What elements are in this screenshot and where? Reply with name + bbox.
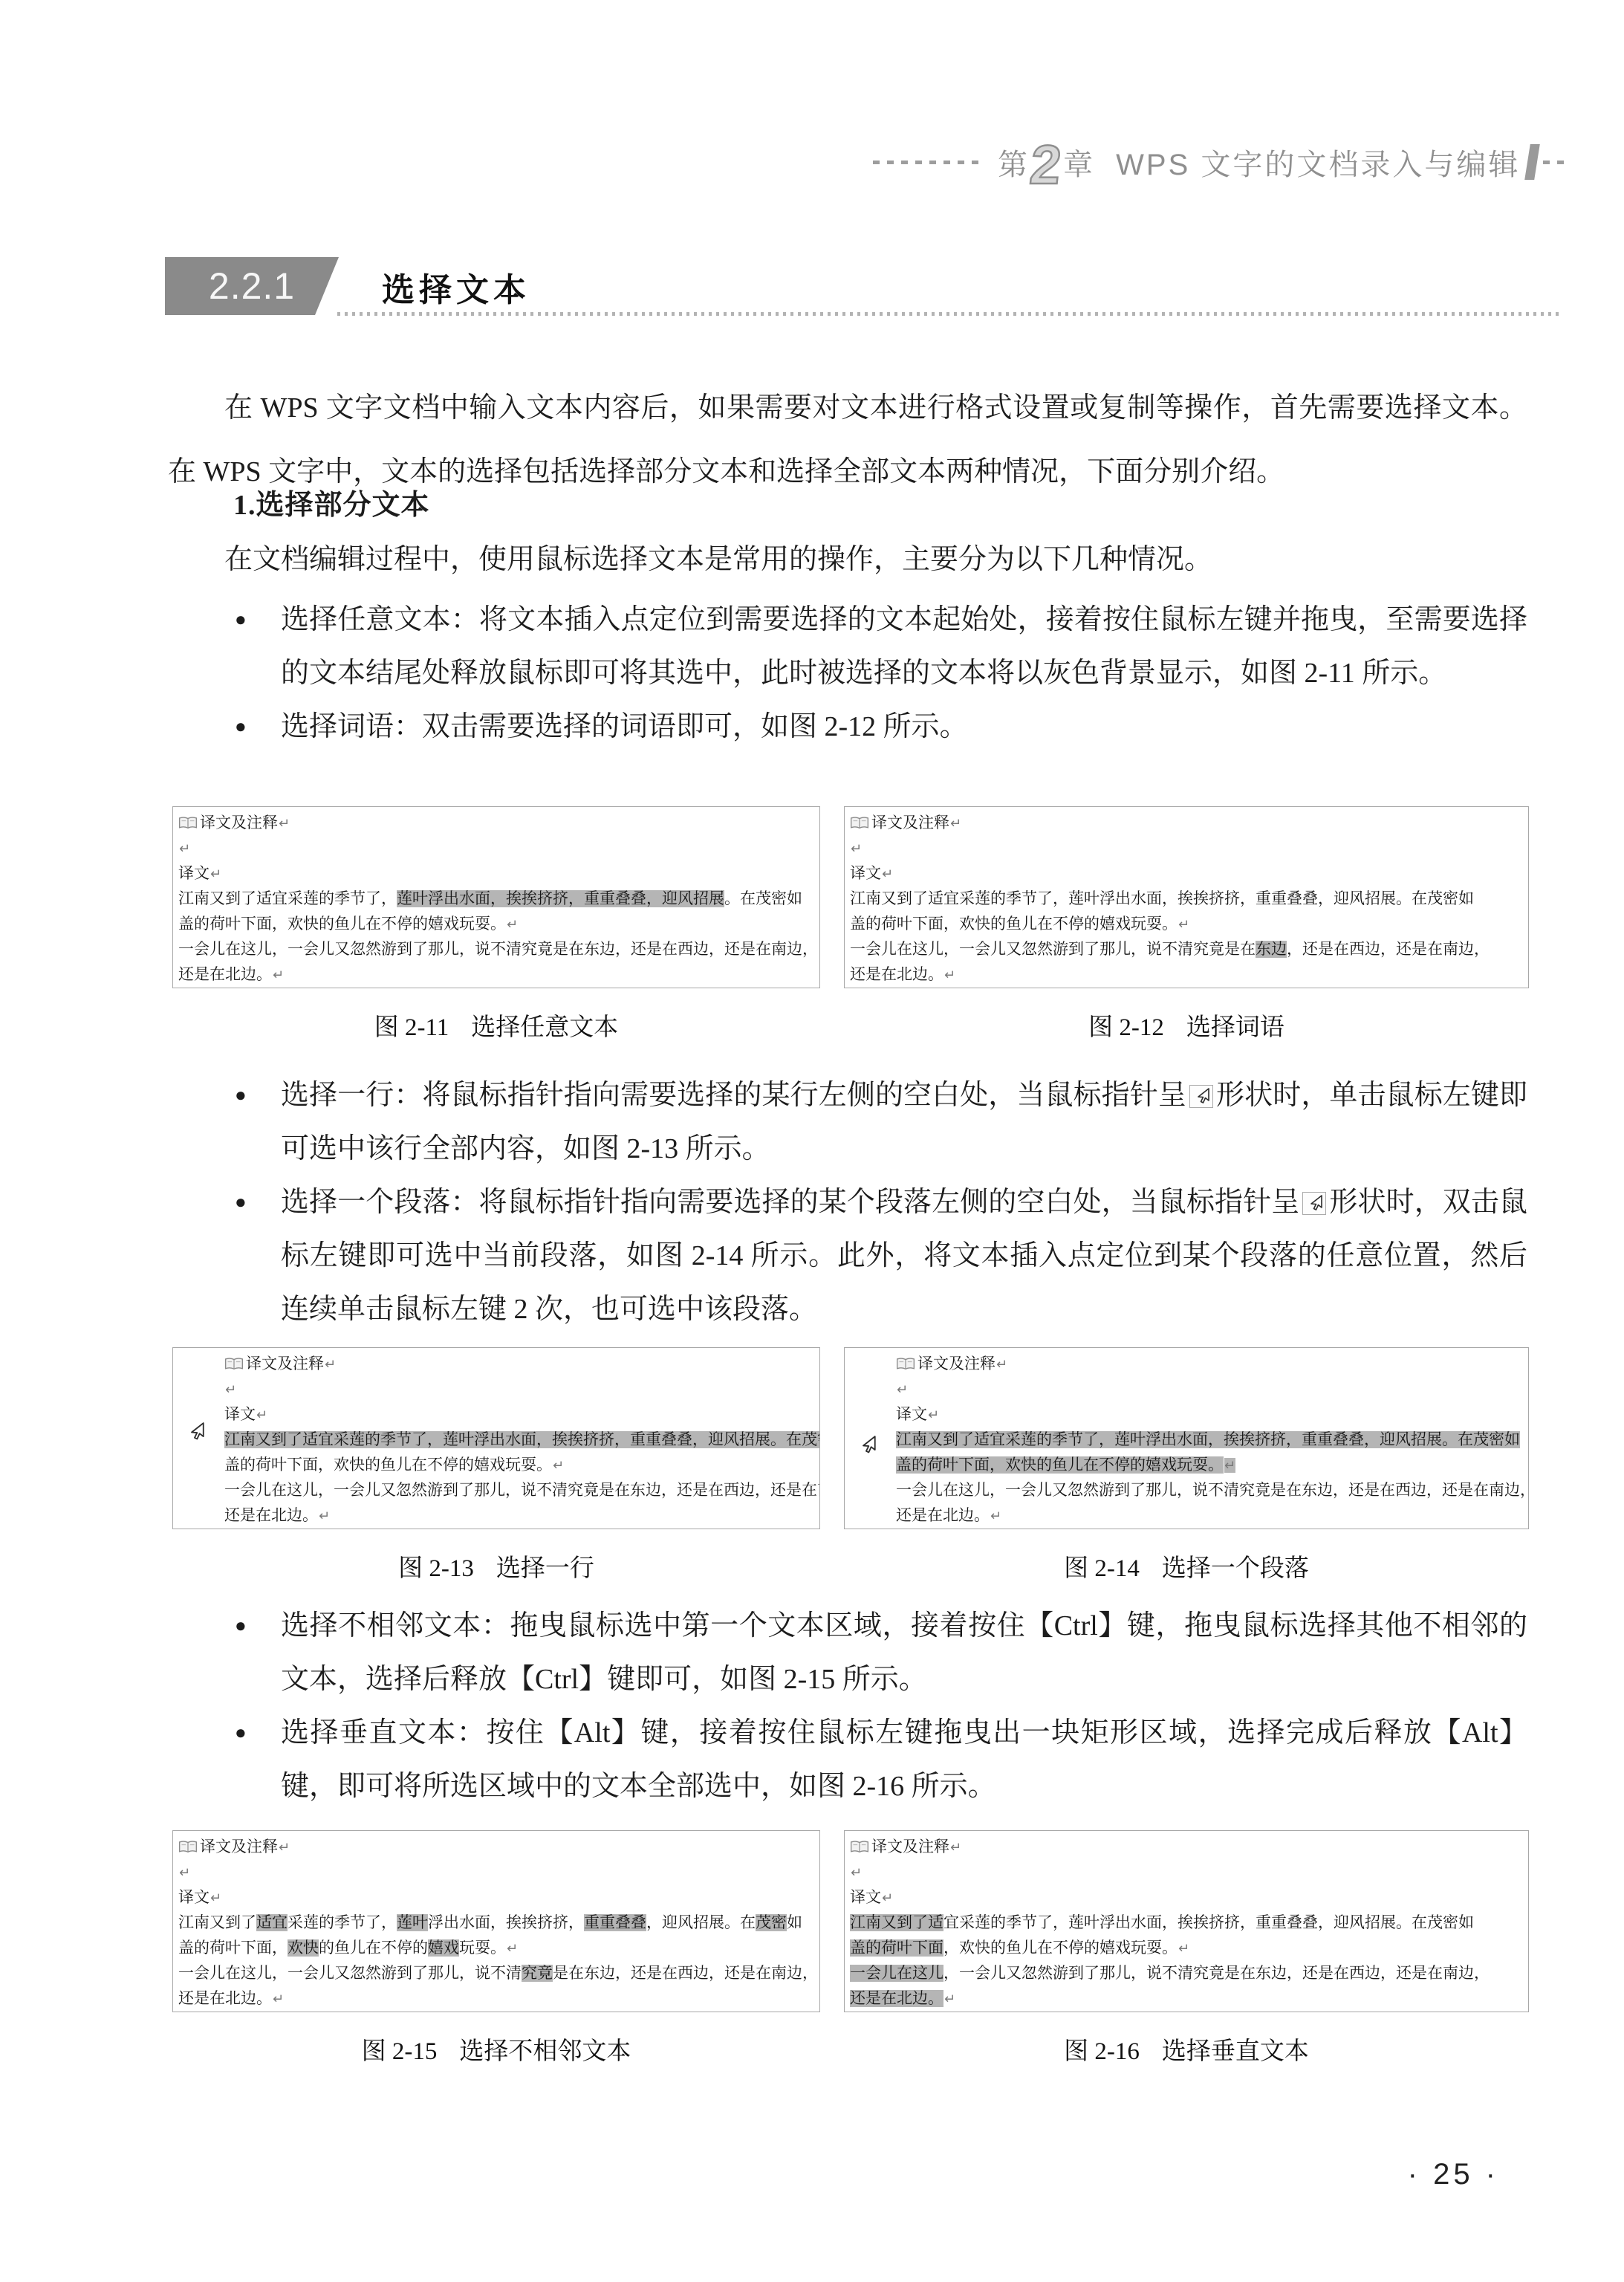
- figure-label: 选择不相邻文本: [459, 2038, 631, 2065]
- paragraph-mark: ↵: [507, 917, 518, 932]
- figure-number: 图 2-13: [398, 1555, 474, 1582]
- figure-text-line: 译文及注释↵: [178, 811, 819, 836]
- selected-text: 欢快: [288, 1939, 319, 1957]
- text-run: 宜采莲的季节了，莲叶浮出水面，挨挨挤挤，重重叠叠，迎风招展。在茂密如: [943, 1914, 1474, 1931]
- paragraph-mark: ↵: [273, 967, 284, 982]
- paragraph-mark: ↵: [210, 866, 221, 881]
- paragraph-mark: ↵: [225, 1382, 236, 1397]
- figure-2-14-screenshot: 译文及注释↵↵译文↵江南又到了适宜采莲的季节了，莲叶浮出水面，挨挨挤挤，重重叠叠…: [844, 1347, 1529, 1529]
- selected-text: 究竟: [522, 1965, 553, 1982]
- paragraph-mark: ↵: [319, 1508, 330, 1523]
- mouse-pointer-icon: [1189, 1085, 1213, 1108]
- figure-text-line: 一会儿在这儿，一会儿又忽然游到了那儿，说不清究竟是在东边，还是在西边，还是在南边…: [178, 1478, 819, 1503]
- figure-text-line: 还是在北边。↵: [850, 1986, 1528, 2012]
- figure-text-line: 还是在北边。↵: [178, 962, 819, 988]
- figure-text-line: 一会儿在这儿，一会儿又忽然游到了那儿，说不清究竟是在东边，还是在西边，还是在南边…: [850, 1478, 1528, 1503]
- text-run: 译文: [224, 1406, 256, 1423]
- text-run: 译文及注释: [871, 1838, 949, 1855]
- figure-caption: 图 2-16选择垂直文本: [844, 2032, 1529, 2067]
- figure-text-line: ↵: [850, 1860, 1528, 1885]
- figure-text-line: ↵: [178, 836, 819, 861]
- figure-row-2: 译文及注释↵↵译文↵江南又到了适宜采莲的季节了，莲叶浮出水面，挨挨挤挤，重重叠叠…: [172, 1347, 1529, 1584]
- header-dash-left: [873, 161, 984, 164]
- paragraph-mark: ↵: [179, 841, 190, 856]
- bullet-group-2: ● 选择一行：将鼠标指针指向需要选择的某行左侧的空白处，当鼠标指针呈形状时，单击…: [168, 1069, 1527, 1336]
- paragraph-mark: ↵: [950, 1840, 961, 1855]
- figure-text-line: 一会儿在这儿，一会儿又忽然游到了那儿，说不清究竟是在东边，还是在西边，还是在南边…: [850, 1961, 1528, 1986]
- selected-text: 盖的荷叶下面，欢快的鱼儿在不停的嬉戏玩耍。: [896, 1456, 1224, 1474]
- selected-text: 莲叶: [397, 1914, 428, 1931]
- figure-row-3: 译文及注释↵↵译文↵江南又到了适宜采莲的季节了，莲叶浮出水面，挨挨挤挤，重重叠叠…: [172, 1830, 1529, 2067]
- selected-text: 江南又到了适宜采莲的季节了，莲叶浮出水面，挨挨挤挤，重重叠叠，迎风招展。在茂密如: [896, 1431, 1520, 1448]
- figure-2-11-screenshot: 译文及注释↵↵译文↵江南又到了适宜采莲的季节了，莲叶浮出水面，挨挨挤挤，重重叠叠…: [172, 806, 820, 988]
- text-run: 译文: [178, 865, 210, 882]
- margin-mouse-pointer-icon: [857, 1434, 877, 1457]
- figure-number: 图 2-11: [374, 1014, 449, 1041]
- text-run: 一会儿在这儿，一会儿又忽然游到了那儿，说不清究竟是在: [850, 941, 1256, 958]
- selected-text: 莲叶浮出水面，挨挨挤挤，重重叠叠，迎风招展: [397, 890, 724, 907]
- figure-text-line: 盖的荷叶下面，欢快的鱼儿在不停的嬉戏玩耍。↵: [850, 1453, 1528, 1478]
- text-run: ，一会儿又忽然游到了那儿，说不清究竟是在东边，还是在西边，还是在南边，: [943, 1965, 1490, 1982]
- figure-number: 图 2-12: [1088, 1014, 1164, 1041]
- figure-2-15-screenshot: 译文及注释↵↵译文↵江南又到了适宜采莲的季节了，莲叶浮出水面，挨挨挤挤，重重叠叠…: [172, 1830, 820, 2012]
- section-title: 选择文本: [382, 263, 530, 311]
- section-dotted-rule: [337, 312, 1560, 316]
- paragraph-mark: ↵: [851, 1865, 862, 1880]
- open-book-icon: [178, 814, 200, 832]
- text-run: 江南又到了适宜采莲的季节了，莲叶浮出水面，挨挨挤挤，重重叠叠，迎风招展。在茂密如: [850, 890, 1474, 907]
- figure-label: 选择词语: [1186, 1014, 1284, 1041]
- paragraph-mark: ↵: [1178, 1941, 1189, 1956]
- figure-caption: 图 2-13选择一行: [172, 1549, 820, 1584]
- figure-number: 图 2-16: [1064, 2038, 1140, 2065]
- figure-caption: 图 2-11选择任意文本: [172, 1008, 820, 1043]
- paragraph-mark: ↵: [897, 1382, 908, 1397]
- figure-caption: 图 2-12选择词语: [844, 1008, 1529, 1043]
- figure-text-line: 盖的荷叶下面，欢快的鱼儿在不停的嬉戏玩耍。↵: [178, 1936, 819, 1961]
- figure-panels: 译文及注释↵↵译文↵江南又到了适宜采莲的季节了，莲叶浮出水面，挨挨挤挤，重重叠叠…: [172, 1830, 1529, 2012]
- bullet-text: 选择一行：将鼠标指针指向需要选择的某行左侧的空白处，当鼠标指针呈形状时，单击鼠标…: [281, 1069, 1527, 1176]
- bullet-group-1: 在文档编辑过程中，使用鼠标选择文本是常用的操作，主要分为以下几种情况。 ● 选择…: [168, 535, 1527, 753]
- figure-text-line: 一会儿在这儿，一会儿又忽然游到了那儿，说不清究竟是在东边，还是在西边，还是在南边…: [178, 1961, 819, 1986]
- section-number-badge: 2.2.1: [165, 257, 339, 315]
- bullet-item: ● 选择不相邻文本：拖曳鼠标选中第一个文本区域，接着按住【Ctrl】键，拖曳鼠标…: [168, 1599, 1527, 1706]
- selected-text: 江南又到了适宜采莲的季节了，莲叶浮出水面，挨挨挤挤，重重叠叠，迎风招展。在茂密如: [224, 1431, 819, 1448]
- text-run: 译文及注释: [871, 814, 949, 832]
- figure-captions: 图 2-13选择一行 图 2-14选择一个段落: [172, 1549, 1529, 1584]
- figure-text-line: 还是在北边。↵: [850, 1503, 1528, 1529]
- figure-text-line: ↵: [178, 1860, 819, 1885]
- figure-label: 选择一个段落: [1162, 1555, 1309, 1582]
- open-book-icon: [896, 1355, 917, 1372]
- text-run: 采莲的季节了，: [288, 1914, 397, 1931]
- text-run: 的鱼儿在不停的: [319, 1939, 428, 1957]
- selected-text: 还是在北边。: [850, 1990, 943, 2007]
- figure-text-line: ↵: [850, 836, 1528, 861]
- figure-label: 选择任意文本: [471, 1014, 618, 1041]
- selected-text: 江南又到了适: [850, 1914, 943, 1931]
- paragraph-mark: ↵: [179, 1865, 190, 1880]
- text-run: 选择不相邻文本：拖曳鼠标选中第一个文本区域，接着按住【Ctrl】键，拖曳鼠标选择…: [281, 1610, 1527, 1695]
- figure-text-line: 译文↵: [850, 861, 1528, 886]
- text-run: 还是在北边。: [178, 1990, 272, 2007]
- text-run: 如: [787, 1914, 802, 1931]
- bullet-item: ● 选择垂直文本：按住【Alt】键，接着按住鼠标左键拖曳出一块矩形区域，选择完成…: [168, 1706, 1527, 1813]
- figure-text-line: 江南又到了适宜采莲的季节了，莲叶浮出水面，挨挨挤挤，重重叠叠，迎风招展。在茂密如: [178, 1427, 819, 1453]
- header-dash-right: [1543, 161, 1569, 164]
- figure-caption: 图 2-15选择不相邻文本: [172, 2032, 820, 2067]
- text-run: 译文: [850, 865, 881, 882]
- running-head: 第 2 章 WPS 文字的文档录入与编辑: [873, 138, 1569, 186]
- bullet-item: ● 选择一行：将鼠标指针指向需要选择的某行左侧的空白处，当鼠标指针呈形状时，单击…: [168, 1069, 1527, 1176]
- bullet-text: 选择垂直文本：按住【Alt】键，接着按住鼠标左键拖曳出一块矩形区域，选择完成后释…: [281, 1706, 1527, 1813]
- bullet-text: 选择词语：双击需要选择的词语即可，如图 2-12 所示。: [281, 700, 1527, 753]
- text-run: 选择一个段落：将鼠标指针指向需要选择的某个段落左侧的空白处，当鼠标指针呈: [281, 1187, 1299, 1218]
- figure-text-line: ↵: [850, 1377, 1528, 1402]
- selected-text: 嬉戏: [428, 1939, 459, 1957]
- figure-text-line: 译文↵: [850, 1885, 1528, 1910]
- figure-2-16-screenshot: 译文及注释↵↵译文↵江南又到了适宜采莲的季节了，莲叶浮出水面，挨挨挤挤，重重叠叠…: [844, 1830, 1529, 2012]
- figure-row-1: 译文及注释↵↵译文↵江南又到了适宜采莲的季节了，莲叶浮出水面，挨挨挤挤，重重叠叠…: [172, 806, 1529, 1043]
- bullet-text: 选择一个段落：将鼠标指针指向需要选择的某个段落左侧的空白处，当鼠标指针呈形状时，…: [281, 1176, 1527, 1336]
- figure-label: 选择垂直文本: [1162, 2038, 1309, 2065]
- text-run: 还是在北边。: [178, 966, 272, 983]
- bullet-item: ● 选择任意文本：将文本插入点定位到需要选择的文本起始处，接着按住鼠标左键并拖曳…: [168, 593, 1527, 700]
- selected-text: 盖的荷叶下面: [850, 1939, 943, 1957]
- paragraph-mark: ↵: [1224, 1458, 1235, 1473]
- paragraph-mark: ↵: [273, 1991, 284, 2006]
- figure-label: 选择一行: [496, 1555, 594, 1582]
- paragraph-mark: ↵: [553, 1458, 564, 1473]
- subheading: 1.选择部分文本: [233, 482, 430, 522]
- paragraph-mark: ↵: [944, 1991, 955, 2006]
- bullet-dot: ●: [168, 700, 281, 753]
- mouse-pointer-icon: [1302, 1192, 1326, 1215]
- chapter-number: 2: [1028, 141, 1064, 189]
- chapter-title: WPS 文字的文档录入与编辑: [1116, 141, 1520, 184]
- figure-caption: 图 2-14选择一个段落: [844, 1549, 1529, 1584]
- text-run: 盖的荷叶下面，欢快的鱼儿在不停的嬉戏玩耍。: [224, 1456, 552, 1474]
- text-run: 选择任意文本：将文本插入点定位到需要选择的文本起始处，接着按住鼠标左键并拖曳，至…: [281, 604, 1527, 689]
- text-run: 还是在北边。: [224, 1507, 318, 1524]
- text-run: 。在茂密如: [724, 890, 802, 907]
- text-run: 选择一行：将鼠标指针指向需要选择的某行左侧的空白处，当鼠标指针呈: [281, 1080, 1186, 1111]
- text-run: 译文及注释: [200, 814, 278, 832]
- text-run: 选择垂直文本：按住【Alt】键，接着按住鼠标左键拖曳出一块矩形区域，选择完成后释…: [281, 1717, 1527, 1802]
- figure-number: 图 2-14: [1064, 1555, 1140, 1582]
- paragraph-mark: ↵: [882, 866, 893, 881]
- text-run: 一会儿在这儿，一会儿又忽然游到了那儿，说不清究竟是在东边，还是在西边，还是在南边…: [896, 1482, 1528, 1499]
- paragraph-mark: ↵: [882, 1890, 893, 1905]
- text-run: 江南又到了: [178, 1914, 256, 1931]
- figure-text-line: 盖的荷叶下面，欢快的鱼儿在不停的嬉戏玩耍。↵: [178, 912, 819, 937]
- figure-text-line: ↵: [178, 1377, 819, 1402]
- figure-text-line: 译文及注释↵: [850, 1835, 1528, 1860]
- open-book-icon: [224, 1355, 246, 1372]
- figure-text-line: 盖的荷叶下面，欢快的鱼儿在不停的嬉戏玩耍。↵: [850, 912, 1528, 937]
- header-bar-icon: [1525, 144, 1541, 180]
- paragraph-mark: ↵: [996, 1357, 1007, 1372]
- selected-text: 茂密: [756, 1914, 787, 1931]
- selected-text: 东边: [1256, 941, 1287, 958]
- page-number: · 25 ·: [1408, 2158, 1499, 2191]
- paragraph-mark: ↵: [928, 1407, 939, 1422]
- figure-text-line: 译文↵: [178, 861, 819, 886]
- bullet-group-3: ● 选择不相邻文本：拖曳鼠标选中第一个文本区域，接着按住【Ctrl】键，拖曳鼠标…: [168, 1599, 1527, 1813]
- figure-text-line: 译文↵: [178, 1402, 819, 1427]
- figure-text-line: 江南又到了适宜采莲的季节了，莲叶浮出水面，挨挨挤挤，重重叠叠，迎风招展。在茂密如: [178, 1910, 819, 1936]
- bullet-dot: ●: [168, 1706, 281, 1813]
- text-run: 译文及注释: [200, 1838, 278, 1855]
- figure-text-line: 一会儿在这儿，一会儿又忽然游到了那儿，说不清究竟是在东边，还是在西边，还是在南边…: [178, 937, 819, 962]
- paragraph-mark: ↵: [507, 1941, 518, 1956]
- paragraph-mark: ↵: [256, 1407, 267, 1422]
- figure-text-line: 还是在北边。↵: [850, 962, 1528, 988]
- text-run: ，迎风招展。在: [646, 1914, 756, 1931]
- bullet-text: 选择任意文本：将文本插入点定位到需要选择的文本起始处，接着按住鼠标左键并拖曳，至…: [281, 593, 1527, 700]
- figure-text-line: 一会儿在这儿，一会儿又忽然游到了那儿，说不清究竟是在东边，还是在西边，还是在南边…: [850, 937, 1528, 962]
- text-run: 一会儿在这儿，一会儿又忽然游到了那儿，说不清: [178, 1965, 522, 1982]
- paragraph-mark: ↵: [950, 816, 961, 831]
- figure-panels: 译文及注释↵↵译文↵江南又到了适宜采莲的季节了，莲叶浮出水面，挨挨挤挤，重重叠叠…: [172, 1347, 1529, 1529]
- selected-text: 一会儿在这儿: [850, 1965, 943, 1982]
- bullet-dot: ●: [168, 593, 281, 700]
- text-run: ，还是在西边，还是在南边，: [1287, 941, 1490, 958]
- lead-paragraph: 在文档编辑过程中，使用鼠标选择文本是常用的操作，主要分为以下几种情况。: [168, 535, 1527, 584]
- paragraph-mark: ↵: [279, 816, 290, 831]
- figure-text-line: 江南又到了适宜采莲的季节了，莲叶浮出水面，挨挨挤挤，重重叠叠，迎风招展。在茂密如: [850, 1910, 1528, 1936]
- text-run: 玩耍。: [459, 1939, 506, 1957]
- open-book-icon: [850, 1838, 871, 1855]
- bullet-dot: ●: [168, 1069, 281, 1176]
- paragraph-mark: ↵: [325, 1357, 336, 1372]
- text-run: 一会儿在这儿，一会儿又忽然游到了那儿，说不清究竟是在东边，还是在西边，还是在南边…: [224, 1482, 819, 1499]
- bullet-item: ● 选择一个段落：将鼠标指针指向需要选择的某个段落左侧的空白处，当鼠标指针呈形状…: [168, 1176, 1527, 1336]
- open-book-icon: [178, 1838, 200, 1855]
- text-run: 还是在北边。: [896, 1507, 990, 1524]
- paragraph-mark: ↵: [210, 1890, 221, 1905]
- figure-text-line: 译文及注释↵: [178, 1352, 819, 1377]
- figure-captions: 图 2-15选择不相邻文本 图 2-16选择垂直文本: [172, 2032, 1529, 2067]
- figure-text-line: 还是在北边。↵: [178, 1986, 819, 2012]
- figure-text-line: 译文↵: [178, 1885, 819, 1910]
- figure-number: 图 2-15: [362, 2038, 438, 2065]
- text-run: ，欢快的鱼儿在不停的嬉戏玩耍。: [943, 1939, 1178, 1957]
- selected-text: 适宜: [256, 1914, 288, 1931]
- section-heading: 2.2.1 选择文本: [165, 257, 1568, 324]
- paragraph-mark: ↵: [279, 1840, 290, 1855]
- text-run: 译文及注释: [246, 1355, 324, 1372]
- figure-text-line: 江南又到了适宜采莲的季节了，莲叶浮出水面，挨挨挤挤，重重叠叠，迎风招展。在茂密如: [850, 886, 1528, 912]
- text-run: 选择词语：双击需要选择的词语即可，如图 2-12 所示。: [281, 711, 968, 742]
- figure-panels: 译文及注释↵↵译文↵江南又到了适宜采莲的季节了，莲叶浮出水面，挨挨挤挤，重重叠叠…: [172, 806, 1529, 988]
- bullet-item: ● 选择词语：双击需要选择的词语即可，如图 2-12 所示。: [168, 700, 1527, 753]
- selected-text: 重重叠叠: [584, 1914, 646, 1931]
- text-run: 江南又到了适宜采莲的季节了，: [178, 890, 397, 907]
- open-book-icon: [850, 814, 871, 832]
- text-run: 一会儿在这儿，一会儿又忽然游到了那儿，说不清究竟是在东边，还是在西边，还是在南边…: [178, 941, 818, 958]
- margin-mouse-pointer-icon: [185, 1421, 205, 1444]
- paragraph-mark: ↵: [1178, 917, 1189, 932]
- chapter-suffix: 章: [1063, 141, 1094, 184]
- text-run: 浮出水面，挨挨挤挤，: [428, 1914, 584, 1931]
- figure-captions: 图 2-11选择任意文本 图 2-12选择词语: [172, 1008, 1529, 1043]
- figure-text-line: 江南又到了适宜采莲的季节了，莲叶浮出水面，挨挨挤挤，重重叠叠，迎风招展。在茂密如: [178, 886, 819, 912]
- paragraph-mark: ↵: [944, 967, 955, 982]
- paragraph-mark: ↵: [851, 841, 862, 856]
- text-run: 盖的荷叶下面，: [178, 1939, 288, 1957]
- book-page: 第 2 章 WPS 文字的文档录入与编辑 2.2.1 选择文本 在 WPS 文字…: [0, 0, 1624, 2282]
- figure-text-line: 译文及注释↵: [850, 811, 1528, 836]
- figure-text-line: 还是在北边。↵: [178, 1503, 819, 1529]
- figure-text-line: 盖的荷叶下面，欢快的鱼儿在不停的嬉戏玩耍。↵: [178, 1453, 819, 1478]
- figure-2-13-screenshot: 译文及注释↵↵译文↵江南又到了适宜采莲的季节了，莲叶浮出水面，挨挨挤挤，重重叠叠…: [172, 1347, 820, 1529]
- text-run: 盖的荷叶下面，欢快的鱼儿在不停的嬉戏玩耍。: [178, 915, 506, 933]
- text-run: 译文: [178, 1889, 210, 1906]
- figure-text-line: 盖的荷叶下面，欢快的鱼儿在不停的嬉戏玩耍。↵: [850, 1936, 1528, 1961]
- text-run: 是在东边，还是在西边，还是在南边，: [553, 1965, 818, 1982]
- figure-text-line: 译文及注释↵: [178, 1835, 819, 1860]
- text-run: 译文: [896, 1406, 927, 1423]
- chapter-prefix: 第: [998, 141, 1028, 184]
- text-run: 译文及注释: [917, 1355, 995, 1372]
- bullet-text: 选择不相邻文本：拖曳鼠标选中第一个文本区域，接着按住【Ctrl】键，拖曳鼠标选择…: [281, 1599, 1527, 1706]
- text-run: 还是在北边。: [850, 966, 943, 983]
- figure-2-12-screenshot: 译文及注释↵↵译文↵江南又到了适宜采莲的季节了，莲叶浮出水面，挨挨挤挤，重重叠叠…: [844, 806, 1529, 988]
- bullet-dot: ●: [168, 1176, 281, 1336]
- bullet-dot: ●: [168, 1599, 281, 1706]
- figure-text-line: 江南又到了适宜采莲的季节了，莲叶浮出水面，挨挨挤挤，重重叠叠，迎风招展。在茂密如: [850, 1427, 1528, 1453]
- paragraph-mark: ↵: [990, 1508, 1001, 1523]
- text-run: 译文: [850, 1889, 881, 1906]
- figure-text-line: 译文及注释↵: [850, 1352, 1528, 1377]
- figure-text-line: 译文↵: [850, 1402, 1528, 1427]
- text-run: 盖的荷叶下面，欢快的鱼儿在不停的嬉戏玩耍。: [850, 915, 1178, 933]
